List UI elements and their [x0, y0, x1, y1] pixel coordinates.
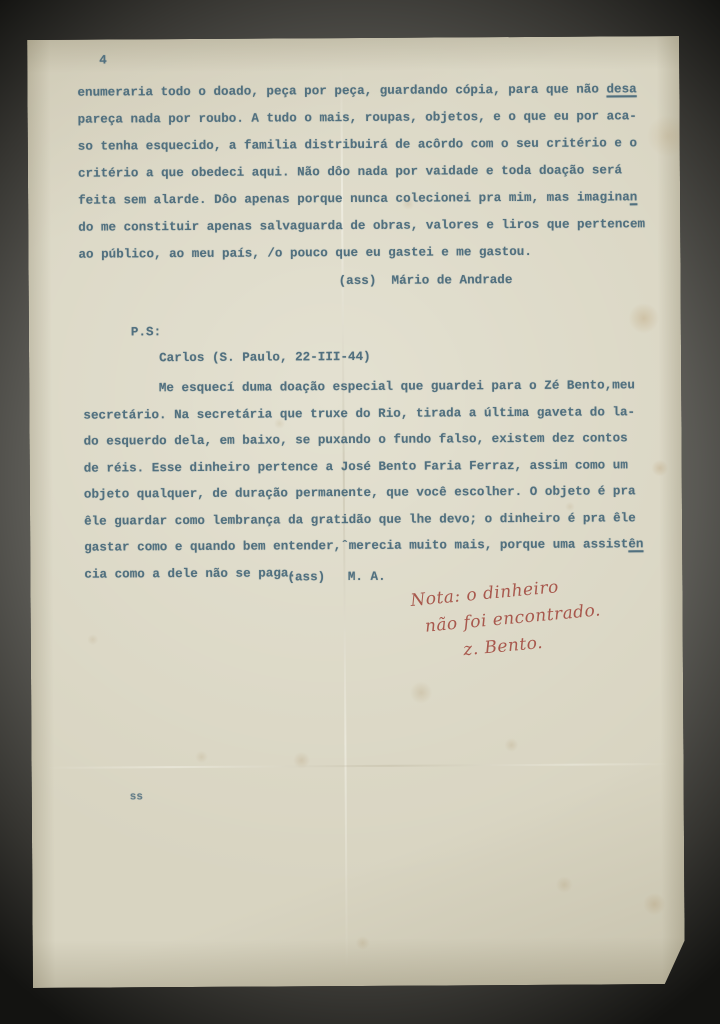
typed-line: enumeraria todo o doado, peça por peça, … — [77, 76, 644, 106]
typed-line: êle guardar como lembrança da gratidão q… — [84, 505, 643, 535]
signature-mario-de-andrade: (ass) Mário de Andrade — [339, 273, 513, 288]
ps-label: P.S: — [131, 325, 161, 339]
horizontal-fold-crease — [46, 763, 670, 769]
typed-line: so tenha esquecido, a familia distribuir… — [78, 130, 645, 160]
typed-line: gastar como e quando bem entender,ˆmerec… — [84, 531, 643, 561]
page-number: 4 — [99, 54, 107, 68]
typed-line: objeto qualquer, de duração permanente, … — [84, 478, 643, 508]
handwritten-note: Nota: o dinheironão foi encontrado.z. Be… — [409, 570, 604, 668]
document-page: 4 enumeraria todo o doado, peça por peça… — [27, 36, 685, 988]
typed-line: feita sem alarde. Dôo apenas porque nunc… — [78, 184, 645, 214]
body-paragraph: enumeraria todo o doado, peça por peça, … — [77, 76, 645, 268]
typed-line: ao público, ao meu país, /o pouco que eu… — [78, 238, 645, 268]
ps-heading: Carlos (S. Paulo, 22-III-44) — [159, 350, 371, 365]
footer-mark: ss — [130, 791, 143, 803]
scanner-background: 4 enumeraria todo o doado, peça por peça… — [0, 0, 720, 1024]
typed-line: secretário. Na secretária que truxe do R… — [83, 399, 642, 429]
typed-line: Me esquecí duma doação especial que guar… — [83, 372, 642, 402]
signature-ma: (ass) M. A. — [287, 570, 385, 585]
typed-line: pareça nada por roubo. A tudo o mais, ro… — [78, 103, 645, 133]
typed-line: do esquerdo dela, em baixo, se puxando o… — [83, 425, 642, 455]
ps-paragraph: Me esquecí duma doação especial que guar… — [83, 372, 644, 587]
typed-line: critério a que obedeci aqui. Não dôo nad… — [78, 157, 645, 187]
typed-line: de réis. Esse dinheiro pertence a José B… — [84, 452, 643, 482]
typed-line: do me constituir apenas salvaguarda de o… — [78, 211, 645, 241]
